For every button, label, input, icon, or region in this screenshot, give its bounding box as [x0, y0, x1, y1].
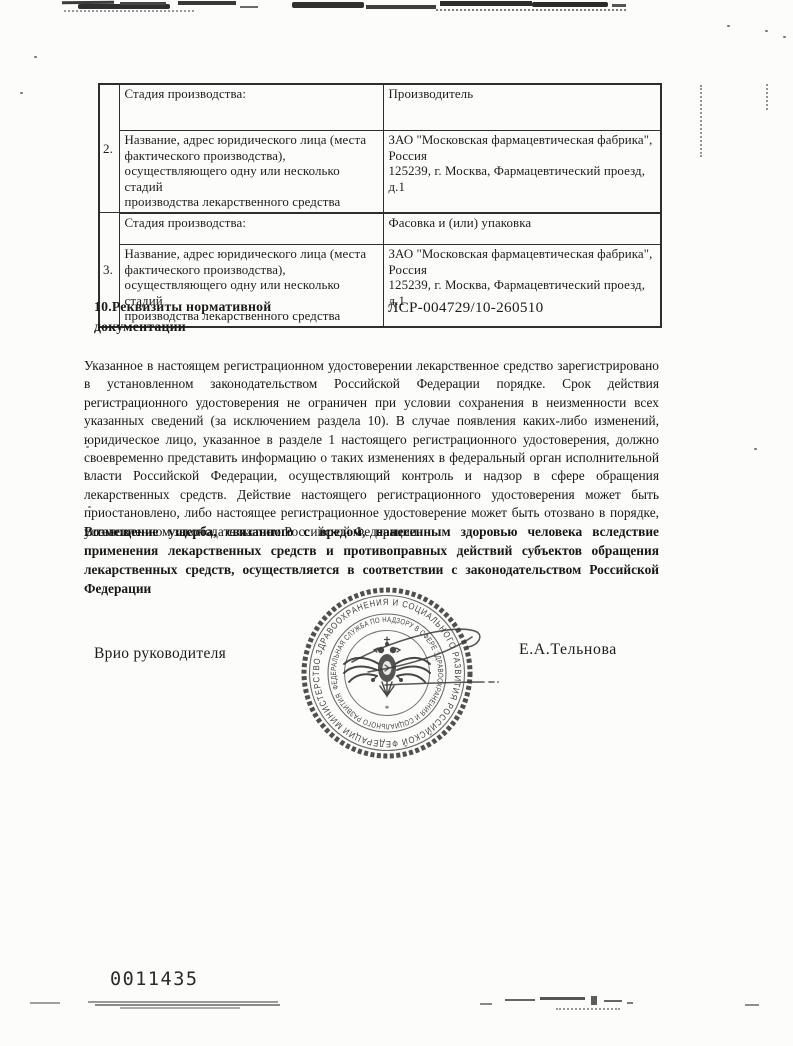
- registration-number: ЛСР-004729/10-260510: [388, 299, 544, 317]
- signer-name: Е.А.Тельнова: [519, 641, 617, 659]
- scan-artifact: [540, 997, 585, 1000]
- production-table: 2. Стадия производства: Производитель На…: [98, 83, 662, 328]
- scan-artifact: [178, 1, 236, 5]
- scan-artifact: [604, 1000, 622, 1002]
- scan-artifact: [34, 56, 37, 58]
- scan-artifact: [366, 5, 436, 9]
- scan-artifact: [480, 1003, 492, 1005]
- scan-artifact: [591, 996, 597, 1005]
- scan-artifact: [754, 448, 757, 450]
- scan-artifact: [766, 84, 768, 110]
- signer-title: Врио руководителя: [94, 645, 226, 663]
- manufacturer-label-cell: Название, адрес юридического лица (места…: [119, 131, 383, 213]
- scan-artifact: [727, 25, 730, 27]
- stamp-center-mark: *: [385, 704, 390, 714]
- table-row-number: 2.: [99, 84, 119, 213]
- scan-artifact: [556, 1008, 620, 1010]
- scanned-certificate-page: 2. Стадия производства: Производитель На…: [0, 0, 793, 1046]
- scan-artifact: [120, 1007, 240, 1009]
- stage-label-cell: Стадия производства:: [119, 84, 383, 131]
- scan-artifact: [64, 10, 194, 12]
- scan-artifact: [627, 1002, 633, 1004]
- scan-artifact: [765, 30, 768, 32]
- stage-value-cell: Фасовка и (или) упаковка: [383, 213, 661, 245]
- section10-heading: 10.Реквизиты нормативной документации: [94, 297, 384, 337]
- legal-paragraph: Указанное в настоящем регистрационном уд…: [84, 357, 659, 541]
- stage-label-cell: Стадия производства:: [119, 213, 383, 245]
- scan-artifact: [240, 6, 258, 8]
- scan-artifact: [20, 92, 23, 94]
- scan-artifact: [783, 36, 786, 38]
- stage-value-cell: Производитель: [383, 84, 661, 131]
- official-stamp: МИНИСТЕРСТВО ЗДРАВООХРАНЕНИЯ И СОЦИАЛЬНО…: [290, 572, 505, 777]
- scan-artifact: [612, 4, 626, 7]
- scan-artifact: [505, 999, 535, 1001]
- scan-artifact: [436, 9, 626, 11]
- scan-artifact: [532, 2, 608, 7]
- form-serial-number: 0011435: [110, 969, 198, 990]
- scan-artifact: [440, 1, 532, 6]
- scan-artifact: [88, 1001, 278, 1003]
- manufacturer-value-cell: ЗАО "Московская фармацевтическая фабрика…: [383, 131, 661, 213]
- scan-artifact: [95, 1004, 280, 1006]
- scan-artifact: [30, 1002, 60, 1004]
- scan-artifact: [745, 1004, 759, 1006]
- scan-artifact: [120, 2, 166, 5]
- scan-artifact: [292, 2, 364, 8]
- scan-artifact: [700, 85, 702, 157]
